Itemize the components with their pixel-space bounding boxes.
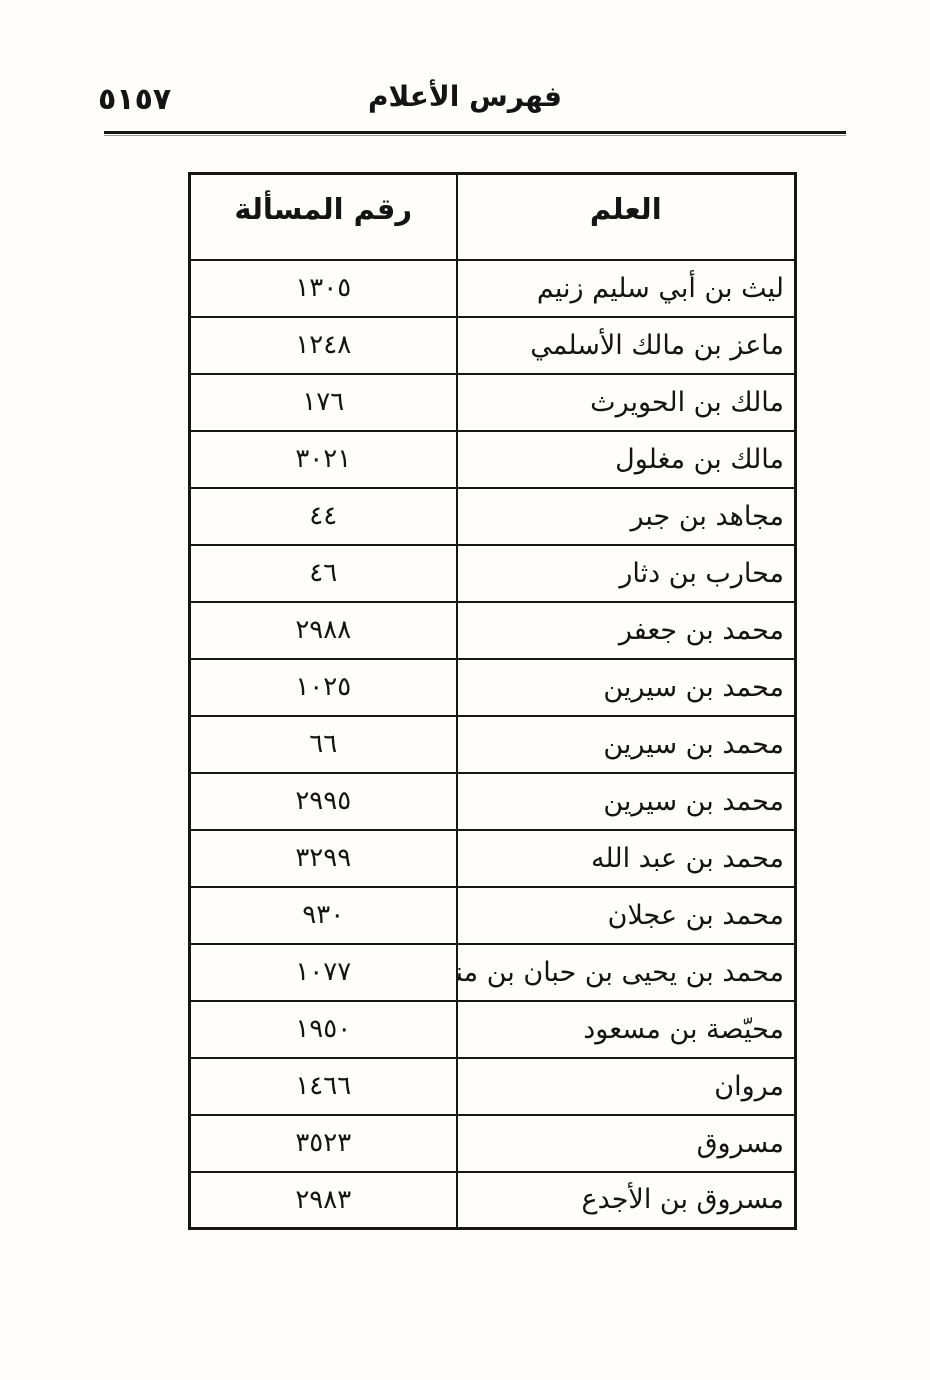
issue-number-cell: ٣٢٩٩: [190, 830, 457, 887]
table-body: ليث بن أبي سليم زنيم ١٣٠٥ ماعز بن مالك ا…: [190, 260, 796, 1229]
issue-number-cell: ٣٥٢٣: [190, 1115, 457, 1172]
issue-number-cell: ٢٩٨٣: [190, 1172, 457, 1229]
column-header-issue-number: رقم المسألة: [190, 174, 457, 260]
table-row: محارب بن دثار ٤٦: [190, 545, 796, 602]
issue-number-cell: ٤٤: [190, 488, 457, 545]
table-header-row: العلم رقم المسألة: [190, 174, 796, 260]
table-row: مسروق ٣٥٢٣: [190, 1115, 796, 1172]
document-page: ٥١٥٧ فهرس الأعلام العلم رقم المسألة ليث …: [0, 0, 930, 1380]
table-row: محمد بن سيرين ٢٩٩٥: [190, 773, 796, 830]
issue-number-cell: ١٠٧٧: [190, 944, 457, 1001]
name-cell: محمد بن عبد الله: [457, 830, 796, 887]
name-cell: ماعز بن مالك الأسلمي: [457, 317, 796, 374]
table-row: مجاهد بن جبر ٤٤: [190, 488, 796, 545]
table-row: مسروق بن الأجدع ٢٩٨٣: [190, 1172, 796, 1229]
name-cell: محمد بن جعفر: [457, 602, 796, 659]
name-cell: محارب بن دثار: [457, 545, 796, 602]
name-cell: محيّصة بن مسعود: [457, 1001, 796, 1058]
issue-number-cell: ١٣٠٥: [190, 260, 457, 317]
issue-number-cell: ٩٣٠: [190, 887, 457, 944]
name-cell: محمد بن سيرين: [457, 716, 796, 773]
column-header-name: العلم: [457, 174, 796, 260]
names-index-table: العلم رقم المسألة ليث بن أبي سليم زنيم ١…: [188, 172, 797, 1230]
issue-number-cell: ١٩٥٠: [190, 1001, 457, 1058]
issue-number-cell: ١٤٦٦: [190, 1058, 457, 1115]
issue-number-cell: ٣٠٢١: [190, 431, 457, 488]
name-cell: مالك بن مغلول: [457, 431, 796, 488]
table-row: محيّصة بن مسعود ١٩٥٠: [190, 1001, 796, 1058]
issue-number-cell: ٢٩٩٥: [190, 773, 457, 830]
table-row: مالك بن مغلول ٣٠٢١: [190, 431, 796, 488]
name-cell: مسروق بن الأجدع: [457, 1172, 796, 1229]
page-title: فهرس الأعلام: [0, 80, 930, 113]
name-cell: محمد بن عجلان: [457, 887, 796, 944]
table-row: مروان ١٤٦٦: [190, 1058, 796, 1115]
table-row: محمد بن عجلان ٩٣٠: [190, 887, 796, 944]
table-row: ليث بن أبي سليم زنيم ١٣٠٥: [190, 260, 796, 317]
name-cell: مروان: [457, 1058, 796, 1115]
name-cell: مجاهد بن جبر: [457, 488, 796, 545]
issue-number-cell: ١٧٦: [190, 374, 457, 431]
name-cell: ليث بن أبي سليم زنيم: [457, 260, 796, 317]
table-row: محمد بن سيرين ٦٦: [190, 716, 796, 773]
issue-number-cell: ١٢٤٨: [190, 317, 457, 374]
table-row: محمد بن عبد الله ٣٢٩٩: [190, 830, 796, 887]
table-row: مالك بن الحويرث ١٧٦: [190, 374, 796, 431]
name-cell: محمد بن سيرين: [457, 773, 796, 830]
name-cell: مالك بن الحويرث: [457, 374, 796, 431]
name-cell: محمد بن سيرين: [457, 659, 796, 716]
table-row: محمد بن سيرين ١٠٢٥: [190, 659, 796, 716]
header-rule: [104, 131, 846, 136]
issue-number-cell: ٦٦: [190, 716, 457, 773]
issue-number-cell: ١٠٢٥: [190, 659, 457, 716]
issue-number-cell: ٤٦: [190, 545, 457, 602]
table-row: محمد بن يحيى بن حبان بن منقذ ١٠٧٧: [190, 944, 796, 1001]
issue-number-cell: ٢٩٨٨: [190, 602, 457, 659]
table-row: ماعز بن مالك الأسلمي ١٢٤٨: [190, 317, 796, 374]
name-cell: مسروق: [457, 1115, 796, 1172]
name-cell: محمد بن يحيى بن حبان بن منقذ: [457, 944, 796, 1001]
table-row: محمد بن جعفر ٢٩٨٨: [190, 602, 796, 659]
